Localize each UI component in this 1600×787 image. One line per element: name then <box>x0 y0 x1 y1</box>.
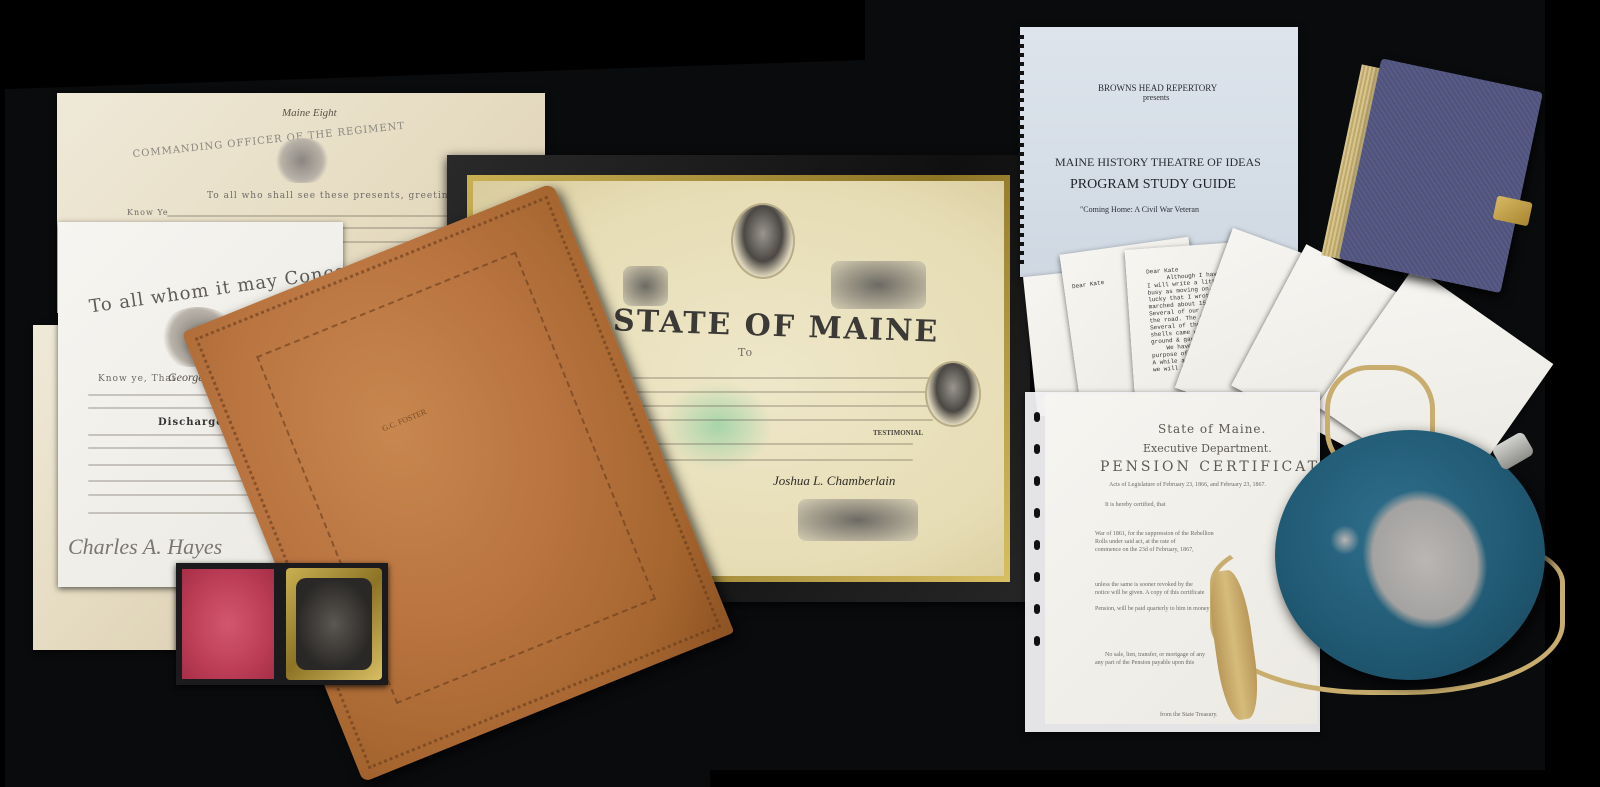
pension-text: commence on the 23d of February, 1867, <box>1095 547 1194 553</box>
case-velvet-pad <box>182 569 274 679</box>
green-seal <box>663 381 773 471</box>
commission-banner: COMMANDING OFFICER OF THE REGIMENT <box>132 121 405 161</box>
photo-stage: Maine Eight COMMANDING OFFICER OF THE RE… <box>0 0 1600 787</box>
pension-text: War of 1861, for the suppression of the … <box>1095 531 1214 537</box>
pension-text: No sale, lien, transfer, or mortgage of … <box>1105 652 1205 658</box>
tintype-gilt-mat <box>286 568 382 680</box>
series-title: MAINE HISTORY THEATRE OF IDEAS <box>1055 155 1261 170</box>
commission-know-ye: Know Ye <box>127 208 169 217</box>
commission-header-script: Maine Eight <box>282 107 337 119</box>
pension-text: any part of the Pension payable upon thi… <box>1095 660 1194 666</box>
pension-title: PENSION CERTIFICATE <box>1100 459 1333 475</box>
pension-text: Pension, will be paid quarterly to him i… <box>1095 606 1209 612</box>
guide-subtitle: "Coming Home: A Civil War Veteran <box>1080 205 1199 214</box>
velvet-bottom-shadow <box>710 770 1600 787</box>
chamberlain-signature: Joshua L. Chamberlain <box>773 473 895 489</box>
sheet-protector-holes <box>1034 412 1040 668</box>
pension-text: unless the same is sooner revoked by the <box>1095 582 1193 588</box>
presenter: BROWNS HEAD REPERTORY <box>1098 83 1217 93</box>
certificate-title: STATE OF MAINE <box>612 303 939 349</box>
letter-2-salutation: Dear Kate <box>1072 279 1105 290</box>
tintype-photo-soldiers <box>296 578 372 670</box>
pension-text: Rolls under said act, at the rate of <box>1095 539 1176 545</box>
tintype-case <box>176 563 388 685</box>
canteen-worn-patch-small <box>1330 525 1360 555</box>
discharge-know-ye: Know ye, That <box>98 374 176 384</box>
pension-footer: from the State Treasury. <box>1160 712 1218 718</box>
discharge-signature: Charles A. Hayes <box>68 534 222 560</box>
certificate-testimonial: TESTIMONIAL <box>873 429 923 437</box>
pension-acts: Acts of Legislature of February 23, 1866… <box>1109 482 1266 488</box>
pension-department: Executive Department. <box>1143 442 1272 455</box>
presents: presents <box>1143 93 1169 102</box>
vignette-camp-scene <box>798 499 918 541</box>
certificate-to: To <box>738 346 753 359</box>
canteen-worn-patch <box>1345 474 1506 647</box>
spiral-binding <box>1018 35 1024 265</box>
commission-salutation: To all who shall see these presents, gre… <box>207 191 459 201</box>
portrait-chamberlain <box>731 203 795 279</box>
pension-text: It is hereby certified, that <box>1105 502 1165 508</box>
pension-state: State of Maine. <box>1158 422 1266 436</box>
vignette-homecoming <box>831 261 926 309</box>
guide-title: PROGRAM STUDY GUIDE <box>1070 177 1236 193</box>
eagle-emblem-icon <box>272 138 332 183</box>
vignette-left <box>623 266 668 306</box>
pension-text: notice will be given. A copy of this cer… <box>1095 590 1204 596</box>
portrait-grant <box>925 361 981 427</box>
